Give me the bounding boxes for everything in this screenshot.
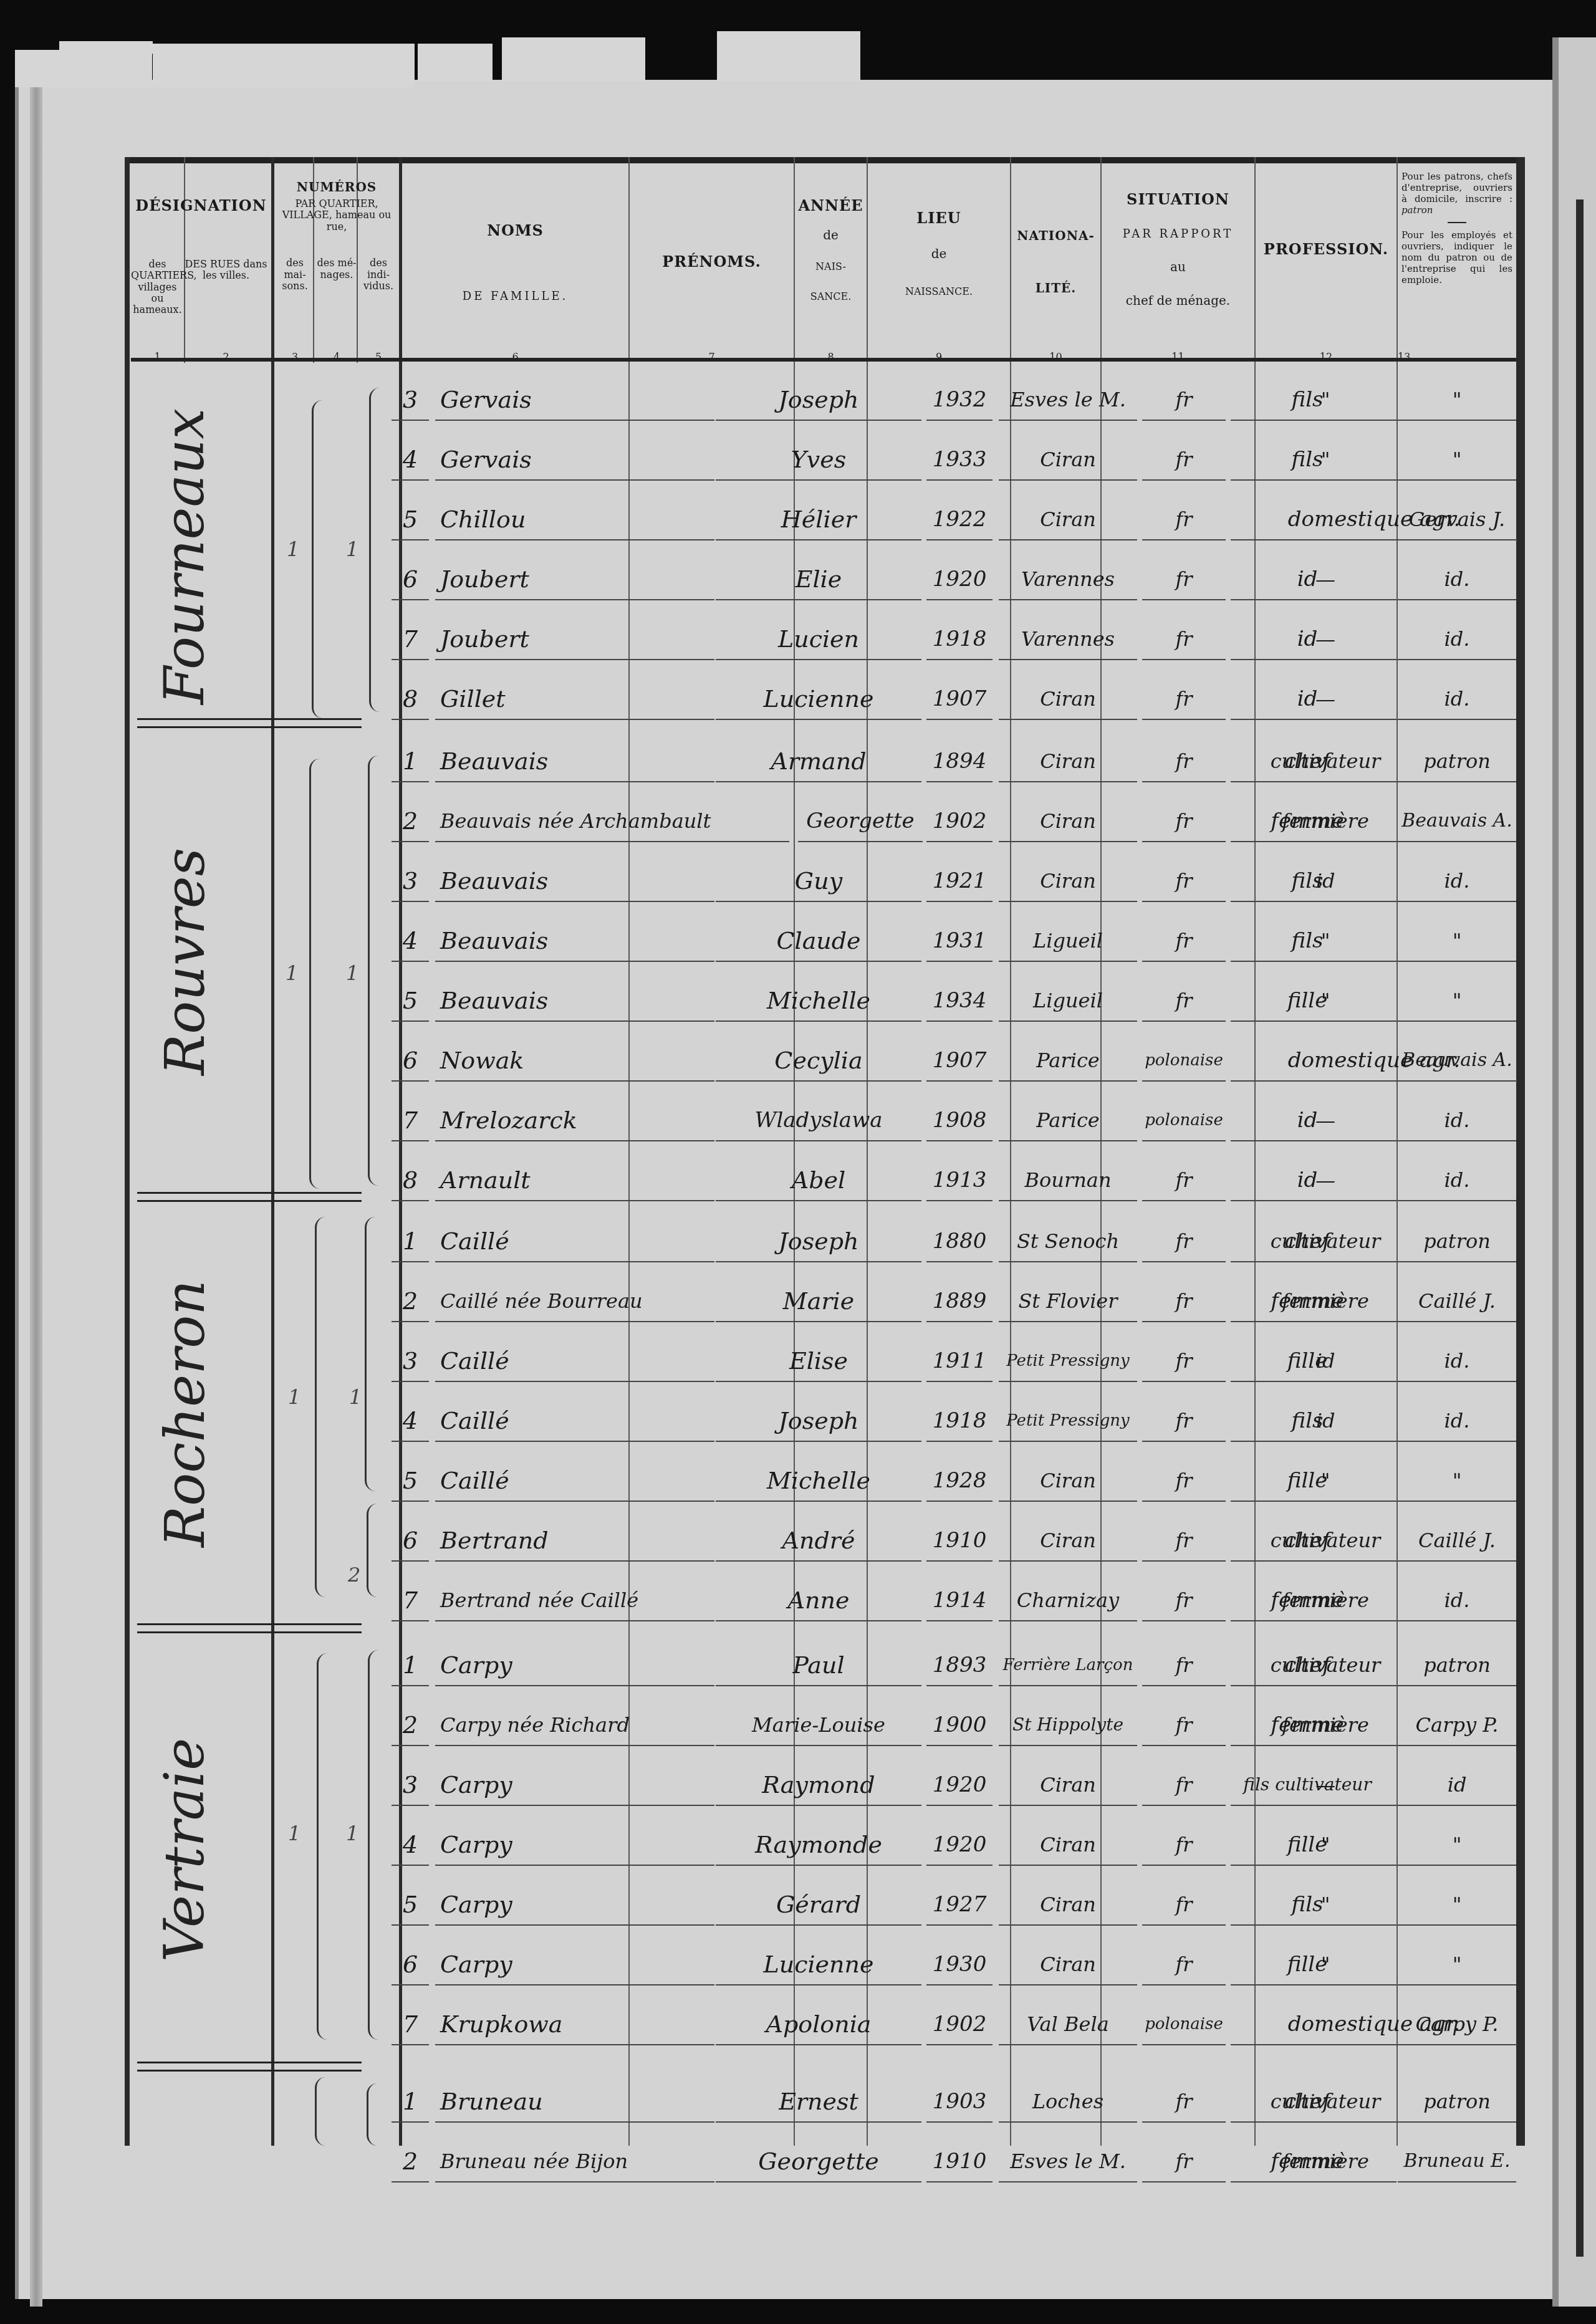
profession: fermière (1254, 2143, 1396, 2182)
table-row: 5 Chillou Hélier 1922 Ciran fr domestiqu… (125, 486, 1521, 545)
employer: " (1398, 381, 1516, 421)
employer: Beauvais A. (1398, 802, 1516, 842)
nationality: fr (1142, 2083, 1226, 2123)
birth-year: 1920 (926, 1826, 993, 1866)
table-row: 1 Bruneau Ernest 1903 Loches fr chef cul… (125, 2068, 1521, 2128)
individual-number: 6 (392, 1946, 429, 1985)
employer: id. (1398, 1342, 1516, 1382)
birth-year: 1907 (926, 1042, 993, 1082)
first-name: Georgette (716, 2143, 921, 2182)
individual-number: 5 (392, 1462, 429, 1502)
birth-year: 1928 (926, 1462, 993, 1502)
header-subtitle: PAR QUARTIER, VILLAGE, hameau ou rue, (274, 198, 399, 233)
adjacent-page-edge (1552, 37, 1596, 2307)
employer: id. (1398, 1582, 1516, 1621)
profession: " (1254, 1462, 1396, 1502)
table-row: 5 Carpy Gérard 1927 Ciran fr fils " " (125, 1871, 1521, 1931)
surname: Bruneau (435, 2083, 714, 2123)
nationality: polonaise (1142, 1102, 1226, 1141)
individual-number: 5 (392, 982, 429, 1022)
birthplace: Varennes (999, 620, 1137, 660)
header-line: NAIS- (795, 261, 867, 272)
first-name: Michelle (716, 982, 921, 1022)
nationality: fr (1142, 680, 1226, 720)
nationality: fr (1142, 1462, 1226, 1502)
individual-number: 7 (392, 1102, 429, 1141)
table-row: 3 Beauvais Guy 1921 Ciran fr fils id id. (125, 847, 1521, 907)
birthplace: St Hippolyte (999, 1706, 1137, 1746)
profession: id (1254, 1342, 1396, 1382)
table-row: 7 Krupkowa Apolonia 1902 Val Bela polona… (125, 1990, 1521, 2050)
table-row: 6 Bertrand André 1910 Ciran fr chef cult… (125, 1507, 1521, 1567)
surname: Krupkowa (435, 2005, 714, 2045)
birth-year: 1931 (926, 922, 993, 962)
birthplace: Ferrière Larçon (999, 1646, 1137, 1686)
profession: id (1254, 862, 1396, 902)
birthplace: Ciran (999, 1886, 1137, 1926)
profession: cultivateur (1254, 1522, 1396, 1562)
birthplace: Loches (999, 2083, 1137, 2123)
employer: patron (1398, 1646, 1516, 1686)
birth-year: 1927 (926, 1886, 993, 1926)
first-name: Guy (716, 862, 921, 902)
profession: " (1254, 441, 1396, 481)
individual-number: 4 (392, 1402, 429, 1442)
table-row: 7 Mrelozarck Wladyslawa 1908 Parice polo… (125, 1087, 1521, 1146)
header-title: SITUATION (1102, 191, 1254, 209)
header-numeros: NUMÉROS PAR QUARTIER, VILLAGE, hameau ou… (274, 166, 399, 365)
header-lieu: LIEU de NAISSANCE. 9 (868, 166, 1010, 365)
nationality: fr (1142, 1706, 1226, 1746)
torn-edge (15, 50, 152, 87)
profession: — (1254, 560, 1396, 600)
birthplace: Petit Pressigny (999, 1342, 1137, 1382)
birth-year: 1932 (926, 381, 993, 421)
header-designation: DÉSIGNATION des QUARTIERS, villages ou h… (131, 166, 271, 365)
table-row: 4 Carpy Raymonde 1920 Ciran fr fille " " (125, 1811, 1521, 1871)
employer: id (1398, 1766, 1516, 1806)
header-patron-text: Pour les employés et ouvriers, indiquer … (1401, 229, 1512, 286)
first-name: Elie (716, 560, 921, 600)
table-row: 4 Caillé Joseph 1918 Petit Pressigny fr … (125, 1387, 1521, 1447)
employer: Gervais J. (1398, 501, 1516, 540)
top-rule (125, 157, 1525, 163)
birthplace: Esves le M. (999, 381, 1137, 421)
header-profession: PROFESSION. 12 (1256, 166, 1396, 365)
header-patron-italic: patron (1401, 204, 1433, 216)
header-subtitle: DE FAMILLE. (402, 290, 628, 304)
individual-number: 6 (392, 1522, 429, 1562)
header-title: ANNÉE (795, 197, 867, 215)
employer: Bruneau E. (1398, 2143, 1516, 2182)
individual-number: 4 (392, 441, 429, 481)
employer: patron (1398, 742, 1516, 782)
individual-number: 4 (392, 1826, 429, 1866)
first-name: Lucien (716, 620, 921, 660)
first-name: Marie (716, 1282, 921, 1322)
profession: fermière (1254, 802, 1396, 842)
torn-edge (502, 37, 645, 81)
first-name: Lucienne (716, 1946, 921, 1985)
individual-number: 1 (392, 2083, 429, 2123)
individual-number: 2 (392, 1706, 429, 1746)
individual-number: 1 (392, 742, 429, 782)
surname: Chillou (435, 501, 714, 540)
table-row: 1 Caillé Joseph 1880 St Senoch fr chef c… (125, 1208, 1521, 1267)
surname: Beauvais (435, 742, 714, 782)
surname: Carpy née Richard (435, 1706, 714, 1746)
first-name: Marie-Louise (716, 1706, 921, 1746)
surname: Carpy (435, 1946, 714, 1985)
employer: id. (1398, 1161, 1516, 1201)
header-annee: ANNÉE de NAIS- SANCE. 8 (795, 166, 867, 365)
surname: Carpy (435, 1766, 714, 1806)
first-name: Hélier (716, 501, 921, 540)
profession: " (1254, 982, 1396, 1022)
surname: Caillé (435, 1402, 714, 1442)
employer: Beauvais A. (1398, 1042, 1516, 1082)
surname: Beauvais (435, 982, 714, 1022)
profession: fermière (1254, 1706, 1396, 1746)
profession: cultivateur (1254, 1222, 1396, 1262)
torn-edge (717, 31, 860, 81)
first-name: Wladyslawa (716, 1102, 921, 1141)
employer: " (1398, 1826, 1516, 1866)
header-line: SANCE. (795, 291, 867, 302)
employer: id. (1398, 1402, 1516, 1442)
nationality: fr (1142, 381, 1226, 421)
birth-year: 1918 (926, 1402, 993, 1442)
table-row: 5 Beauvais Michelle 1934 Ligueil fr fill… (125, 967, 1521, 1027)
birth-year: 1903 (926, 2083, 993, 2123)
table-row: 5 Caillé Michelle 1928 Ciran fr fille " … (125, 1447, 1521, 1507)
birth-year: 1902 (926, 2005, 993, 2045)
first-name: Claude (716, 922, 921, 962)
birthplace: Bournan (999, 1161, 1137, 1201)
profession: fermière (1254, 1282, 1396, 1322)
surname: Joubert (435, 620, 714, 660)
birthplace: Esves le M. (999, 2143, 1137, 2182)
individual-number: 3 (392, 381, 429, 421)
individual-number: 7 (392, 620, 429, 660)
census-form: DÉSIGNATION des QUARTIERS, villages ou h… (125, 157, 1527, 2152)
header-title: NATIONA- (1011, 228, 1100, 243)
profession: " (1254, 1946, 1396, 1985)
birthplace: Charnizay (999, 1582, 1137, 1621)
header-title: PRÉNOMS. (630, 253, 794, 271)
nationality: fr (1142, 1222, 1226, 1262)
header-rule (131, 358, 1516, 362)
individual-number: 1 (392, 1222, 429, 1262)
header-prenoms: PRÉNOMS. 7 (630, 166, 794, 365)
birth-year: 1900 (926, 1706, 993, 1746)
nationality: fr (1142, 1886, 1226, 1926)
birth-year: 1911 (926, 1342, 993, 1382)
nationality: fr (1142, 1522, 1226, 1562)
employer: id. (1398, 1102, 1516, 1141)
birthplace: Ligueil (999, 922, 1137, 962)
header-line: LITÉ. (1011, 281, 1100, 295)
employer: " (1398, 441, 1516, 481)
employer: Caillé J. (1398, 1282, 1516, 1322)
table-row: 4 Beauvais Claude 1931 Ligueil fr fils "… (125, 907, 1521, 967)
first-name: Paul (716, 1646, 921, 1686)
birthplace: Varennes (999, 560, 1137, 600)
birth-year: 1918 (926, 620, 993, 660)
profession: — (1254, 1766, 1396, 1806)
header-patron-text: Pour les patrons, chefs d'entreprise, ou… (1401, 171, 1512, 204)
nationality: fr (1142, 1282, 1226, 1322)
table-row: 6 Carpy Lucienne 1930 Ciran fr fille " " (125, 1931, 1521, 1990)
individual-number: 2 (392, 2143, 429, 2182)
first-name: Apolonia (716, 2005, 921, 2045)
table-row: 7 Bertrand née Caillé Anne 1914 Charniza… (125, 1567, 1521, 1626)
surname: Nowak (435, 1042, 714, 1082)
first-name: Lucienne (716, 680, 921, 720)
header-title: DÉSIGNATION (131, 197, 271, 215)
nationality: fr (1142, 1946, 1226, 1985)
table-row: 3 Caillé Elise 1911 Petit Pressigny fr f… (125, 1327, 1521, 1387)
nationality: fr (1142, 441, 1226, 481)
header-col4: des mé-nages. (315, 257, 358, 292)
birth-year: 1933 (926, 441, 993, 481)
surname: Beauvais (435, 922, 714, 962)
table-row: 1 Beauvais Armand 1894 Ciran fr chef cul… (125, 727, 1521, 787)
birth-year: 1934 (926, 982, 993, 1022)
birth-year: 1908 (926, 1102, 993, 1141)
profession: " (1254, 381, 1396, 421)
birthplace: Petit Pressigny (999, 1402, 1137, 1442)
employer: id. (1398, 680, 1516, 720)
table-row: 2 Bruneau née Bijon Georgette 1910 Esves… (125, 2128, 1521, 2187)
birth-year: 1921 (926, 862, 993, 902)
nationality: fr (1142, 1766, 1226, 1806)
first-name: Georgette (798, 802, 923, 842)
birth-year: 1913 (926, 1161, 993, 1201)
birthplace: Ciran (999, 501, 1137, 540)
birthplace: Ciran (999, 1946, 1137, 1985)
employer: " (1398, 1462, 1516, 1502)
individual-number: 8 (392, 1161, 429, 1201)
table-row: 8 Arnault Abel 1913 Bournan fr id — id. (125, 1146, 1521, 1206)
birthplace: Ciran (999, 680, 1137, 720)
individual-number: 2 (392, 1282, 429, 1322)
employer: Carpy P. (1398, 2005, 1516, 2045)
birth-year: 1902 (926, 802, 993, 842)
employer: " (1398, 922, 1516, 962)
torn-edge (418, 44, 493, 81)
surname: Caillé (435, 1342, 714, 1382)
nationality: fr (1142, 1161, 1226, 1201)
first-name: Anne (716, 1582, 921, 1621)
individual-number: 8 (392, 680, 429, 720)
profession: " (1254, 1886, 1396, 1926)
surname: Bertrand (435, 1522, 714, 1562)
birthplace: Ciran (999, 1522, 1137, 1562)
individual-number: 3 (392, 1766, 429, 1806)
surname: Arnault (435, 1161, 714, 1201)
first-name: Raymonde (716, 1826, 921, 1866)
header-col3: des mai-sons. (274, 257, 315, 292)
first-name: Abel (716, 1161, 921, 1201)
table-row: 4 Gervais Yves 1933 Ciran fr fils " " (125, 426, 1521, 486)
first-name: Raymond (716, 1766, 921, 1806)
employer: " (1398, 1946, 1516, 1985)
header-col1: des QUARTIERS, villages ou hameaux. (131, 259, 184, 316)
birth-year: 1880 (926, 1222, 993, 1262)
surname: Carpy (435, 1826, 714, 1866)
first-name: Armand (716, 742, 921, 782)
nationality: fr (1142, 620, 1226, 660)
birthplace: Parice (999, 1102, 1137, 1141)
profession: fermière (1254, 1582, 1396, 1621)
nationality: fr (1142, 1402, 1226, 1442)
surname: Beauvais née Archambault (435, 802, 789, 842)
header-line: NAISSANCE. (868, 286, 1010, 297)
birthplace: Val Bela (999, 2005, 1137, 2045)
employer: " (1398, 982, 1516, 1022)
nationality: fr (1142, 742, 1226, 782)
birthplace: Ciran (999, 1462, 1137, 1502)
header-title: NUMÉROS (274, 180, 399, 194)
table-row: 7 Joubert Lucien 1918 Varennes fr id — i… (125, 605, 1521, 665)
birth-year: 1930 (926, 1946, 993, 1985)
individual-number: 7 (392, 2005, 429, 2045)
birth-year: 1920 (926, 1766, 993, 1806)
birthplace: Ciran (999, 742, 1137, 782)
table-row: 1 Carpy Paul 1893 Ferrière Larçon fr che… (125, 1631, 1521, 1691)
profession: cultivateur (1254, 2083, 1396, 2123)
surname: Gervais (435, 441, 714, 481)
surname: Carpy (435, 1646, 714, 1686)
surname: Joubert (435, 560, 714, 600)
header-noms: NOMS DE FAMILLE. 6 (402, 166, 628, 365)
header-title: LIEU (868, 209, 1010, 228)
nationality: fr (1142, 1342, 1226, 1382)
individual-number: 5 (392, 1886, 429, 1926)
first-name: Michelle (716, 1462, 921, 1502)
employer: Carpy P. (1398, 1706, 1516, 1746)
profession: " (1254, 922, 1396, 962)
individual-number: 1 (392, 1646, 429, 1686)
individual-number: 6 (392, 1042, 429, 1082)
surname: Bruneau née Bijon (435, 2143, 714, 2182)
nationality: fr (1142, 1582, 1226, 1621)
header-patron: Pour les patrons, chefs d'entreprise, ou… (1398, 166, 1516, 365)
individual-number: 6 (392, 560, 429, 600)
employer: id. (1398, 560, 1516, 600)
birthplace: St Flovier (999, 1282, 1137, 1322)
birth-year: 1910 (926, 1522, 993, 1562)
individual-number: 4 (392, 922, 429, 962)
torn-edge (59, 41, 153, 54)
table-row: 2 Carpy née Richard Marie-Louise 1900 St… (125, 1691, 1521, 1751)
surname: Gillet (435, 680, 714, 720)
first-name: Cecylia (716, 1042, 921, 1082)
birthplace: St Senoch (999, 1222, 1137, 1262)
surname: Mrelozarck (435, 1102, 714, 1141)
profession: — (1254, 620, 1396, 660)
profession: id (1254, 1402, 1396, 1442)
first-name: Joseph (716, 1402, 921, 1442)
birth-year: 1914 (926, 1582, 993, 1621)
nationality: fr (1142, 560, 1226, 600)
first-name: Yves (716, 441, 921, 481)
profession: " (1254, 1826, 1396, 1866)
table-row: 6 Nowak Cecylia 1907 Parice polonaise do… (125, 1027, 1521, 1087)
header-line: PAR RAPPORT (1102, 228, 1254, 241)
first-name: Ernest (716, 2083, 921, 2123)
individual-number: 3 (392, 862, 429, 902)
birth-year: 1920 (926, 560, 993, 600)
surname: Bertrand née Caillé (435, 1582, 714, 1621)
header-title: PROFESSION. (1256, 241, 1396, 259)
birthplace: Parice (999, 1042, 1137, 1082)
table-row: 3 Gervais Joseph 1932 Esves le M. fr fil… (125, 366, 1521, 426)
table-row: 2 Caillé née Bourreau Marie 1889 St Flov… (125, 1267, 1521, 1327)
birth-year: 1893 (926, 1646, 993, 1686)
surname: Beauvais (435, 862, 714, 902)
first-name: Joseph (716, 381, 921, 421)
surname: Caillé (435, 1462, 714, 1502)
profession: cultivateur (1254, 1646, 1396, 1686)
employer: id. (1398, 862, 1516, 902)
nationality: fr (1142, 922, 1226, 962)
birthplace: Ciran (999, 441, 1137, 481)
header-col2: DES RUES dans les villes. (184, 259, 268, 316)
nationality: fr (1142, 802, 1226, 842)
individual-number: 7 (392, 1582, 429, 1621)
birthplace: Ciran (999, 1826, 1137, 1866)
header-nationalite: NATIONA- LITÉ. 10 (1011, 166, 1100, 365)
page-fold (30, 87, 42, 2307)
employer: " (1398, 1886, 1516, 1926)
first-name: Gérard (716, 1886, 921, 1926)
birthplace: Ciran (999, 802, 1137, 842)
nationality: fr (1142, 1646, 1226, 1686)
first-name: Elise (716, 1342, 921, 1382)
nationality: polonaise (1142, 1042, 1226, 1082)
nationality: fr (1142, 862, 1226, 902)
employer: patron (1398, 1222, 1516, 1262)
header-col5: des indi-vidus. (358, 257, 399, 292)
table-row: 3 Carpy Raymond 1920 Ciran fr fils culti… (125, 1751, 1521, 1811)
surname: Gervais (435, 381, 714, 421)
header-line: de (868, 246, 1010, 261)
birth-year: 1910 (926, 2143, 993, 2182)
profession: cultivateur (1254, 742, 1396, 782)
birth-year: 1907 (926, 680, 993, 720)
profession: — (1254, 1102, 1396, 1141)
birth-year: 1894 (926, 742, 993, 782)
surname: Caillé née Bourreau (435, 1282, 714, 1322)
table-row: 8 Gillet Lucienne 1907 Ciran fr id — id. (125, 665, 1521, 725)
nationality: fr (1142, 982, 1226, 1022)
first-name: André (716, 1522, 921, 1562)
nationality: fr (1142, 1826, 1226, 1866)
birthplace: Ligueil (999, 982, 1137, 1022)
birth-year: 1922 (926, 501, 993, 540)
employer: id. (1398, 620, 1516, 660)
surname: Carpy (435, 1886, 714, 1926)
individual-number: 5 (392, 501, 429, 540)
surname: Caillé (435, 1222, 714, 1262)
individual-number: 3 (392, 1342, 429, 1382)
table-row: 2 Beauvais née Archambault Georgette 190… (125, 787, 1521, 847)
profession: — (1254, 680, 1396, 720)
nationality: fr (1142, 2143, 1226, 2182)
profession: — (1254, 1161, 1396, 1201)
